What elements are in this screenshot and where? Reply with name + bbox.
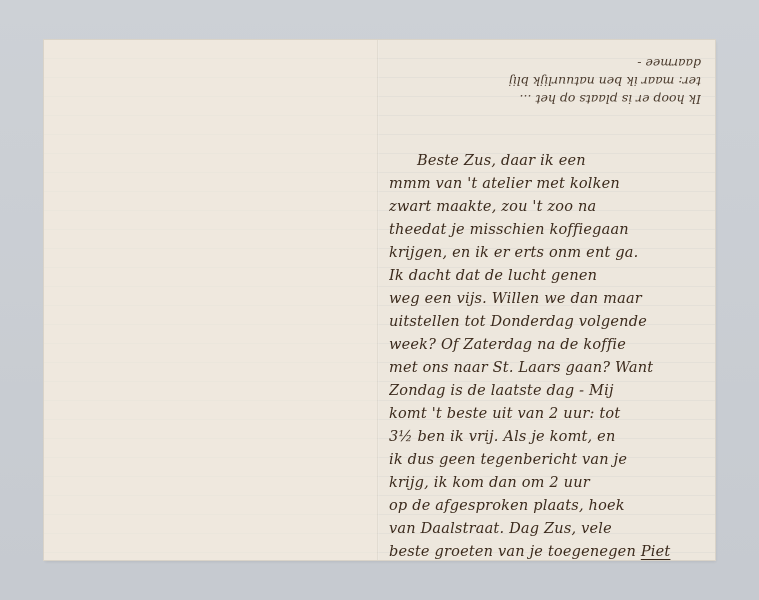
letter-line: krijg, ik kom dan om 2 uur: [389, 472, 707, 495]
postscript-line: ter: maar ik ben natuurlijk blij: [391, 72, 701, 90]
postscript-upside-down: Ik hoop er is plaats op het ... ter: maa…: [391, 54, 701, 108]
closing-text: beste groeten van je toegenegen: [389, 544, 636, 560]
postscript-line: daarmee -: [391, 54, 701, 72]
letter-line: Zondag is de laatste dag - Mij: [389, 380, 707, 403]
letter-line: theedat je misschien koffiegaan: [389, 219, 707, 242]
letter-line: komt 't beste uit van 2 uur: tot: [389, 403, 707, 426]
left-page-blank: [44, 40, 377, 560]
letter-line: zwart maakte, zou 't zoo na: [389, 196, 707, 219]
letter-line: ik dus geen tegenbericht van je: [389, 449, 707, 472]
right-page: Ik hoop er is plaats op het ... ter: maa…: [379, 40, 715, 560]
letter-line: uitstellen tot Donderdag volgende: [389, 311, 707, 334]
letter-line: Ik dacht dat de lucht genen: [389, 265, 707, 288]
salutation: Beste Zus, daar ik een: [389, 150, 707, 173]
letter-line: 3½ ben ik vrij. Als je komt, en: [389, 426, 707, 449]
letter-line: met ons naar St. Laars gaan? Want: [389, 357, 707, 380]
photo-background: Ik hoop er is plaats op het ... ter: maa…: [0, 0, 759, 600]
letter-line: krijgen, en ik er erts onm ent ga.: [389, 242, 707, 265]
letter-sheet: Ik hoop er is plaats op het ... ter: maa…: [44, 40, 715, 560]
letter-line: op de afgesproken plaats, hoek: [389, 495, 707, 518]
letter-body: Beste Zus, daar ik een mmm van 't atelie…: [389, 150, 707, 564]
letter-line: mmm van 't atelier met kolken: [389, 173, 707, 196]
letter-line: weg een vijs. Willen we dan maar: [389, 288, 707, 311]
postscript-line: Ik hoop er is plaats op het ...: [391, 90, 701, 108]
letter-line: van Daalstraat. Dag Zus, vele: [389, 518, 707, 541]
signature: Piet: [641, 544, 671, 560]
closing-line: beste groeten van je toegenegen Piet: [389, 541, 707, 564]
letter-line: week? Of Zaterdag na de koffie: [389, 334, 707, 357]
